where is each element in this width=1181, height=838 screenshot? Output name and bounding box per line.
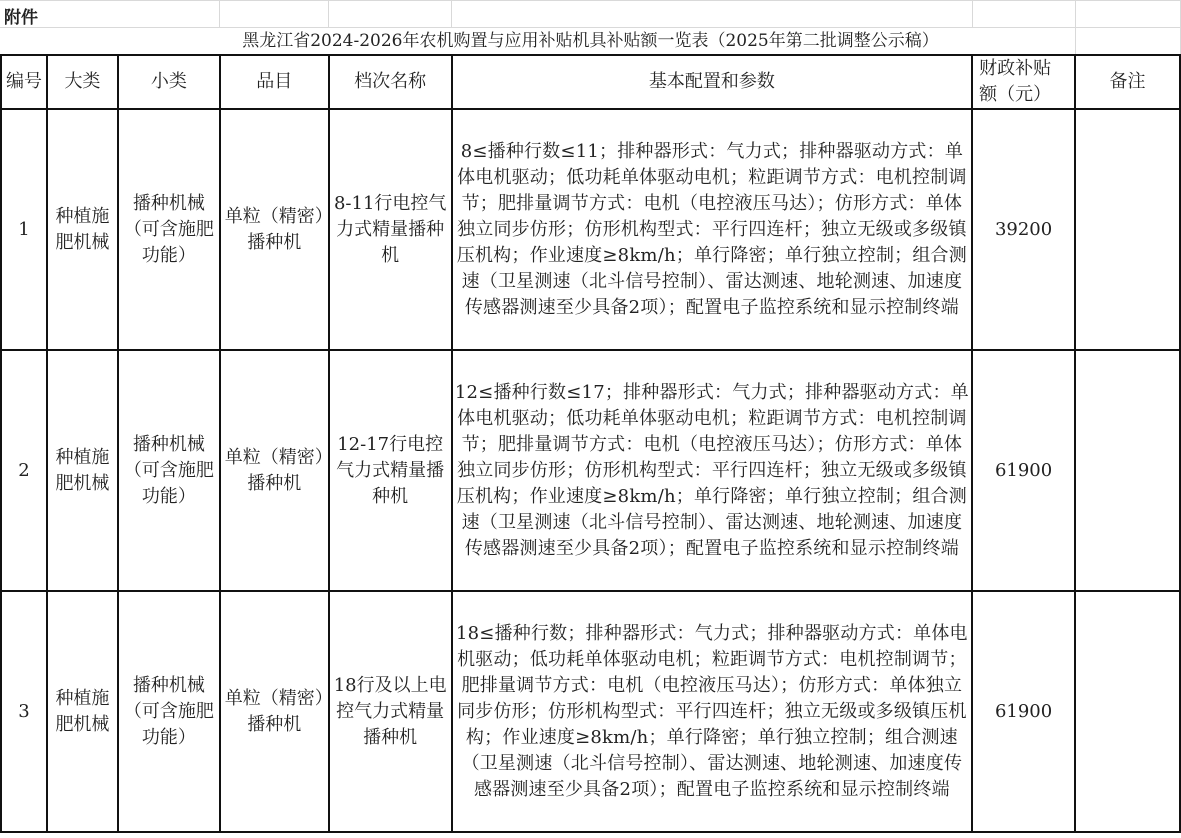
cell-item[interactable]: 单粒（精密）播种机 (220, 109, 329, 350)
header-sub-category[interactable]: 小类 (118, 55, 220, 109)
header-item[interactable]: 品目 (220, 55, 329, 109)
cell-id[interactable]: 2 (1, 350, 47, 591)
gridline (219, 0, 220, 27)
cell-subsidy[interactable]: 39200 (972, 109, 1075, 350)
table-row: 1 种植施肥机械 播种机械（可含施肥功能） 单粒（精密）播种机 8-11行电控气… (1, 109, 1180, 350)
cell-item[interactable]: 单粒（精密）播种机 (220, 350, 329, 591)
gridline (451, 0, 452, 27)
cell-major-category[interactable]: 种植施肥机械 (47, 591, 118, 832)
header-subsidy-line1: 财政补贴 (979, 56, 1074, 82)
cell-id[interactable]: 3 (1, 591, 47, 832)
header-id[interactable]: 编号 (1, 55, 47, 109)
cell-major-category[interactable]: 种植施肥机械 (47, 109, 118, 350)
subsidy-table: 编号 大类 小类 品目 档次名称 基本配置和参数 财政补贴 额（元） 备注 1 … (0, 54, 1181, 833)
cell-remarks[interactable] (1075, 591, 1180, 832)
gridline (0, 27, 1181, 28)
header-subsidy-line2: 额（元） (979, 82, 1074, 108)
cell-grade-name[interactable]: 18行及以上电控气力式精量播种机 (329, 591, 452, 832)
cell-remarks[interactable] (1075, 109, 1180, 350)
cell-config-params[interactable]: 8≤播种行数≤11；排种器形式：气力式；排种器驱动方式：单体电机驱动；低功耗单体… (452, 109, 973, 350)
cell-subsidy[interactable]: 61900 (972, 591, 1075, 832)
cell-sub-category[interactable]: 播种机械（可含施肥功能） (118, 109, 220, 350)
document-title[interactable]: 黑龙江省2024-2026年农机购置与应用补贴机具补贴额一览表（2025年第二批… (0, 29, 1181, 54)
header-grade-name[interactable]: 档次名称 (329, 55, 452, 109)
header-subsidy[interactable]: 财政补贴 额（元） (972, 55, 1075, 109)
cell-subsidy[interactable]: 61900 (972, 350, 1075, 591)
cell-config-params[interactable]: 18≤播种行数；排种器形式：气力式；排种器驱动方式：单体电机驱动；低功耗单体驱动… (452, 591, 973, 832)
cell-sub-category[interactable]: 播种机械（可含施肥功能） (118, 350, 220, 591)
spreadsheet-sheet: 附件 黑龙江省2024-2026年农机购置与应用补贴机具补贴额一览表（2025年… (0, 0, 1181, 838)
cell-config-params[interactable]: 12≤播种行数≤17；排种器形式：气力式；排种器驱动方式：单体电机驱动；低功耗单… (452, 350, 973, 591)
cell-remarks[interactable] (1075, 350, 1180, 591)
header-remarks[interactable]: 备注 (1075, 55, 1180, 109)
header-row: 编号 大类 小类 品目 档次名称 基本配置和参数 财政补贴 额（元） 备注 (1, 55, 1180, 109)
cell-major-category[interactable]: 种植施肥机械 (47, 350, 118, 591)
cell-grade-name[interactable]: 12-17行电控气力式精量播种机 (329, 350, 452, 591)
table-row: 3 种植施肥机械 播种机械（可含施肥功能） 单粒（精密）播种机 18行及以上电控… (1, 591, 1180, 832)
cell-grade-name[interactable]: 8-11行电控气力式精量播种机 (329, 109, 452, 350)
table-row: 2 种植施肥机械 播种机械（可含施肥功能） 单粒（精密）播种机 12-17行电控… (1, 350, 1180, 591)
gridline (0, 0, 1181, 1)
gridline (328, 0, 329, 27)
cell-sub-category[interactable]: 播种机械（可含施肥功能） (118, 591, 220, 832)
header-config-params[interactable]: 基本配置和参数 (452, 55, 973, 109)
cell-id[interactable]: 1 (1, 109, 47, 350)
attachment-label: 附件 (4, 3, 38, 28)
gridline (972, 0, 973, 27)
header-major-category[interactable]: 大类 (47, 55, 118, 109)
cell-item[interactable]: 单粒（精密）播种机 (220, 591, 329, 832)
